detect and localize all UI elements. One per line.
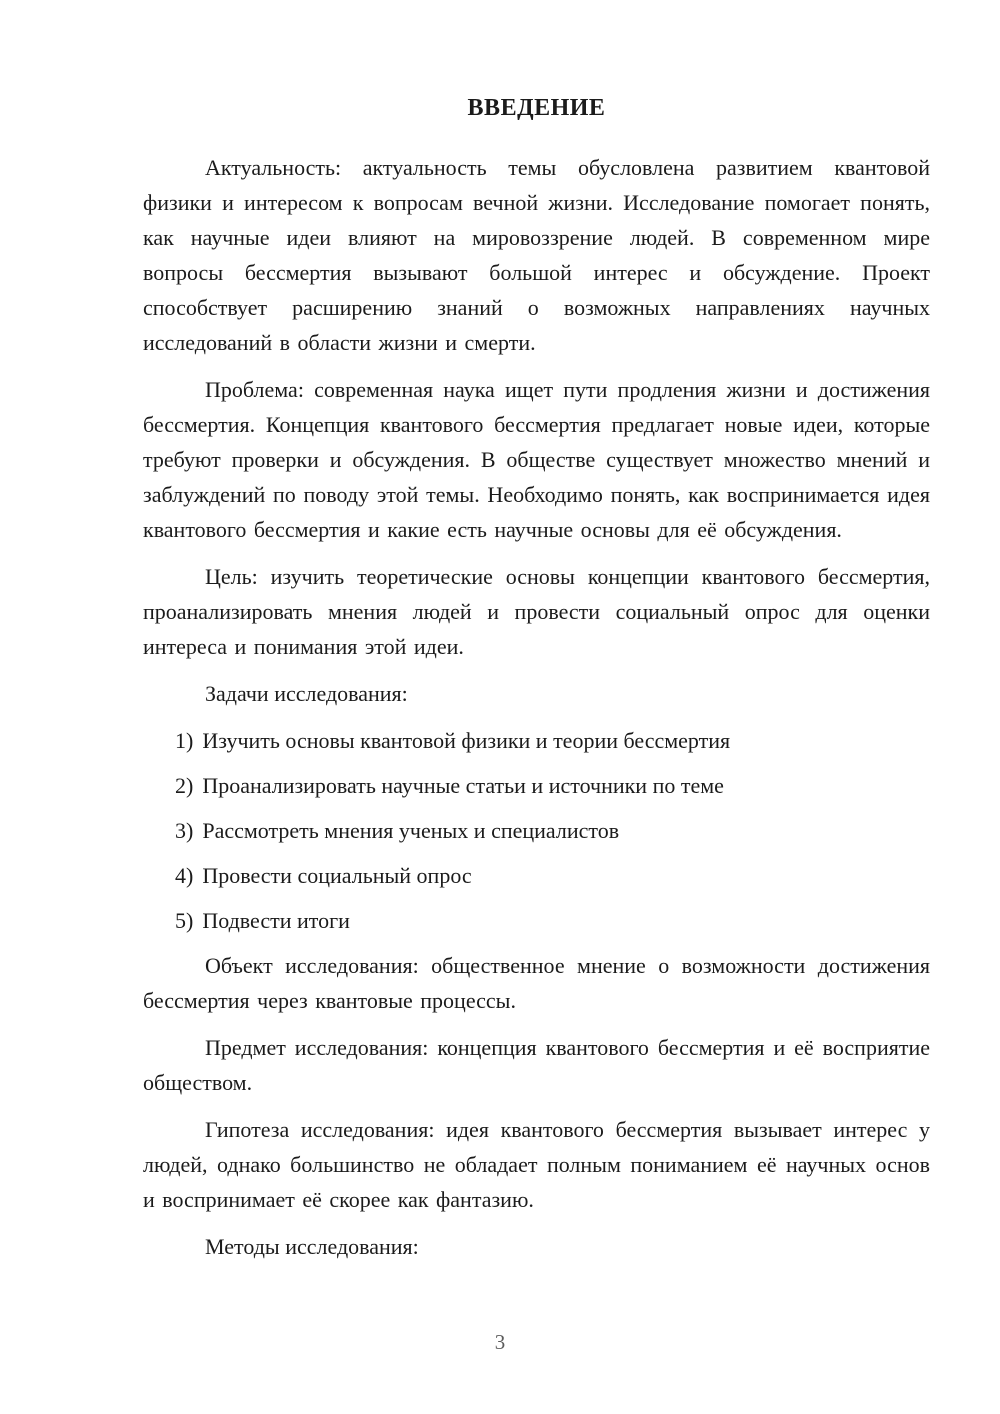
list-item-number: 3) xyxy=(175,818,193,843)
list-item-text: Проанализировать научные статьи и источн… xyxy=(202,773,724,798)
list-item: 4)Провести социальный опрос xyxy=(143,858,930,893)
list-item-text: Подвести итоги xyxy=(202,908,350,933)
list-item-text: Рассмотреть мнения ученых и специалистов xyxy=(202,818,619,843)
list-item-number: 5) xyxy=(175,908,193,933)
list-item-text: Изучить основы квантовой физики и теории… xyxy=(202,728,730,753)
page-number: 3 xyxy=(0,1330,1000,1355)
document-page: ВВЕДЕНИЕ Актуальность: актуальность темы… xyxy=(0,0,1000,1414)
paragraph-problema: Проблема: современная наука ищет пути пр… xyxy=(143,372,930,547)
page-title: ВВЕДЕНИЕ xyxy=(143,93,930,123)
list-item-number: 1) xyxy=(175,728,193,753)
methods-heading: Методы исследования: xyxy=(143,1229,930,1264)
list-item: 3)Рассмотреть мнения ученых и специалист… xyxy=(143,813,930,848)
paragraph-obekt: Объект исследования: общественное мнение… xyxy=(143,948,930,1018)
list-item: 5)Подвести итоги xyxy=(143,903,930,938)
list-item: 1)Изучить основы квантовой физики и теор… xyxy=(143,723,930,758)
list-item-number: 2) xyxy=(175,773,193,798)
document-content: ВВЕДЕНИЕ Актуальность: актуальность темы… xyxy=(143,93,930,1276)
paragraph-predmet: Предмет исследования: концепция квантово… xyxy=(143,1030,930,1100)
list-item-text: Провести социальный опрос xyxy=(202,863,471,888)
list-item-number: 4) xyxy=(175,863,193,888)
list-item: 2)Проанализировать научные статьи и исто… xyxy=(143,768,930,803)
paragraph-tsel: Цель: изучить теоретические основы конце… xyxy=(143,559,930,664)
tasks-heading: Задачи исследования: xyxy=(143,676,930,711)
paragraph-aktualnost: Актуальность: актуальность темы обусловл… xyxy=(143,150,930,360)
paragraph-gipoteza: Гипотеза исследования: идея квантового б… xyxy=(143,1112,930,1217)
tasks-list: 1)Изучить основы квантовой физики и теор… xyxy=(143,723,930,938)
